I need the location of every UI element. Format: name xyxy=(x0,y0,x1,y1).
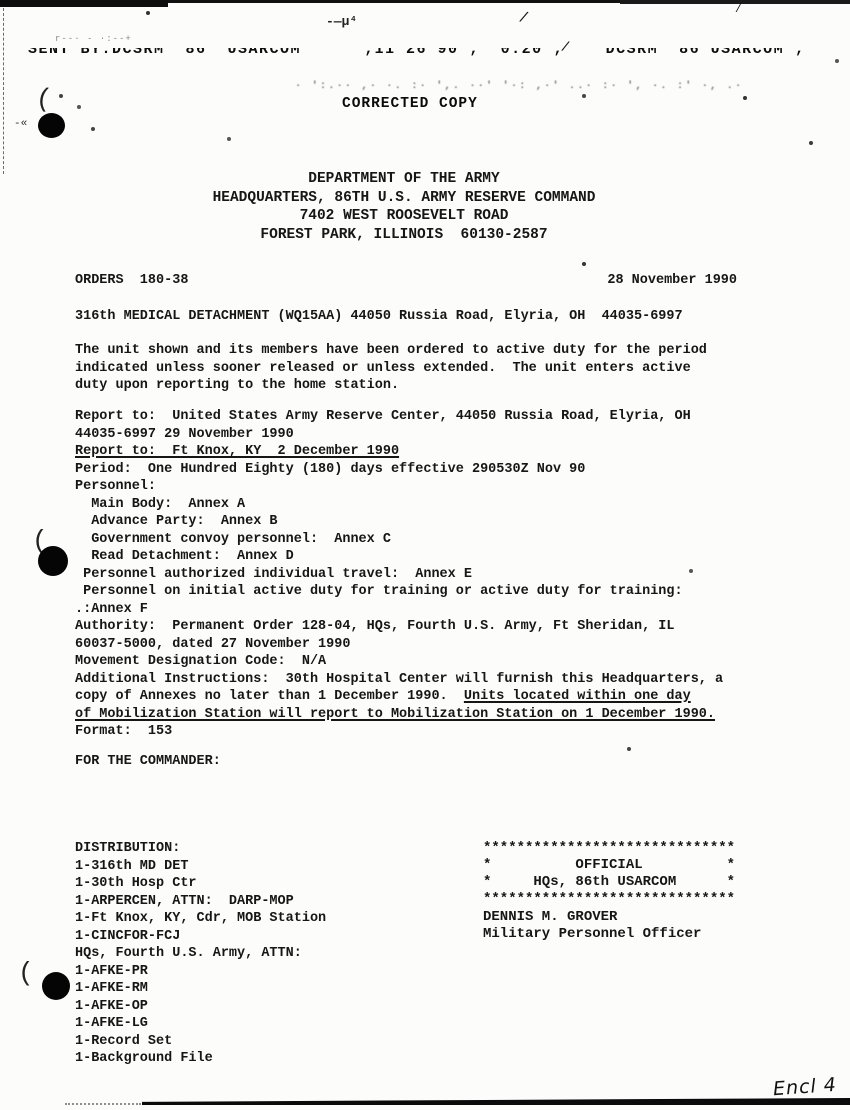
bottom-scan-line xyxy=(142,1098,850,1105)
order-detail-line: Period: One Hundred Eighty (180) days ef… xyxy=(75,461,723,479)
intro-line: The unit shown and its members have been… xyxy=(75,342,707,360)
scan-artifact-slash: / xyxy=(517,9,529,28)
orders-header-row: ORDERS 180-38 28 November 1990 xyxy=(75,272,737,290)
hole-punch-dot xyxy=(42,972,70,1000)
scan-artifact-tick: -« xyxy=(14,118,27,130)
distribution-item: 1-AFKE-RM xyxy=(75,980,326,998)
distribution-item: 1-Record Set xyxy=(75,1033,326,1051)
order-detail-line: of Mobilization Station will report to M… xyxy=(75,706,723,724)
distribution-item: 1-CINCFOR-FCJ xyxy=(75,928,326,946)
orders-number: ORDERS 180-38 xyxy=(75,272,188,290)
order-detail-line: Report to: Ft Knox, KY 2 December 1990 xyxy=(75,443,723,461)
scan-noise-specks xyxy=(0,0,2,2)
fax-transmission-header: SENT BY:DCSRM 86 USARCOM ;11 26 90 ; 0:2… xyxy=(28,48,828,59)
distribution-item: 1-Background File xyxy=(75,1050,326,1068)
order-detail-line: Personnel: xyxy=(75,478,723,496)
official-stamp-line: ****************************** xyxy=(483,891,735,908)
handwritten-enclosure-note: Encl 4 xyxy=(772,1074,837,1100)
order-detail-line: 60037-5000, dated 27 November 1990 xyxy=(75,636,723,654)
signature-title: Military Personnel Officer xyxy=(483,926,735,943)
official-stamp-block: ******************************* OFFICIAL… xyxy=(483,840,735,943)
letterhead-headquarters: HEADQUARTERS, 86TH U.S. ARMY RESERVE COM… xyxy=(0,189,808,208)
intro-paragraph: The unit shown and its members have been… xyxy=(75,342,707,395)
hole-punch-dot xyxy=(38,546,68,576)
for-the-commander-line: FOR THE COMMANDER: xyxy=(75,753,221,771)
corrected-copy-stamp: CORRECTED COPY xyxy=(342,96,478,114)
hole-punch-dot xyxy=(38,113,65,138)
distribution-item: 1-AFKE-OP xyxy=(75,998,326,1016)
top-scan-bar-left xyxy=(0,0,168,7)
order-detail-line: Movement Designation Code: N/A xyxy=(75,653,723,671)
distribution-item: 1-316th MD DET xyxy=(75,858,326,876)
scan-artifact-squiggle: -—µ⁴ xyxy=(326,14,357,29)
fax-header-text: SENT BY:DCSRM 86 USARCOM ;11 26 90 ; 0:2… xyxy=(28,48,828,59)
distribution-item: 1-AFKE-PR xyxy=(75,963,326,981)
intro-line: indicated unless sooner released or unle… xyxy=(75,360,707,378)
order-detail-line: 44035-6997 29 November 1990 xyxy=(75,426,723,444)
order-detail-line: Government convoy personnel: Annex C xyxy=(75,531,723,549)
letterhead-street: 7402 WEST ROOSEVELT ROAD xyxy=(0,207,808,226)
pen-paren-mark: ( xyxy=(34,85,53,113)
order-detail-line: Advance Party: Annex B xyxy=(75,513,723,531)
letterhead: DEPARTMENT OF THE ARMY HEADQUARTERS, 86T… xyxy=(0,170,808,244)
distribution-item: 1-ARPERCEN, ATTN: DARP-MOP xyxy=(75,893,326,911)
official-stamp-line: ****************************** xyxy=(483,840,735,857)
distribution-block: DISTRIBUTION: 1-316th MD DET1-30th Hosp … xyxy=(75,840,326,1068)
order-detail-line: Authority: Permanent Order 128-04, HQs, … xyxy=(75,618,723,636)
smudged-text-line: · ':.·· ,· ·. :· ',. ··' '·: ,·' ..· :· … xyxy=(295,80,705,92)
distribution-item: 1-30th Hosp Ctr xyxy=(75,875,326,893)
order-detail-line: .:Annex F xyxy=(75,601,723,619)
official-stamp-line: * HQs, 86th USARCOM * xyxy=(483,874,735,891)
order-detail-line: Read Detachment: Annex D xyxy=(75,548,723,566)
scan-artifact-slash: / xyxy=(735,4,742,16)
signature-name: DENNIS M. GROVER xyxy=(483,909,735,926)
official-stamp-line: * OFFICIAL * xyxy=(483,857,735,874)
order-detail-line: Personnel authorized individual travel: … xyxy=(75,566,723,584)
pen-paren-mark: ( xyxy=(18,960,34,986)
distribution-item: 1-AFKE-LG xyxy=(75,1015,326,1033)
faded-scan-marks: r--· - ·:--+ xyxy=(55,34,132,44)
order-detail-line: Personnel on initial active duty for tra… xyxy=(75,583,723,601)
left-edge-scan-line xyxy=(3,8,4,174)
intro-line: duty upon reporting to the home station. xyxy=(75,377,707,395)
order-details-block: Report to: United States Army Reserve Ce… xyxy=(75,408,723,741)
order-detail-line: Additional Instructions: 30th Hospital C… xyxy=(75,671,723,689)
distribution-item: HQs, Fourth U.S. Army, ATTN: xyxy=(75,945,326,963)
order-detail-line: Main Body: Annex A xyxy=(75,496,723,514)
bottom-scan-dots xyxy=(65,1103,141,1105)
unit-address-line: 316th MEDICAL DETACHMENT (WQ15AA) 44050 … xyxy=(75,308,683,326)
order-detail-line: copy of Annexes no later than 1 December… xyxy=(75,688,723,706)
letterhead-city: FOREST PARK, ILLINOIS 60130-2587 xyxy=(0,226,808,245)
official-stamp-box: ******************************* OFFICIAL… xyxy=(483,840,735,908)
order-date: 28 November 1990 xyxy=(607,272,737,290)
distribution-item: 1-Ft Knox, KY, Cdr, MOB Station xyxy=(75,910,326,928)
order-detail-line: Report to: United States Army Reserve Ce… xyxy=(75,408,723,426)
order-detail-line: Format: 153 xyxy=(75,723,723,741)
scanned-orders-document: SENT BY:DCSRM 86 USARCOM ;11 26 90 ; 0:2… xyxy=(0,0,850,1110)
distribution-list: 1-316th MD DET1-30th Hosp Ctr1-ARPERCEN,… xyxy=(75,858,326,1068)
letterhead-department: DEPARTMENT OF THE ARMY xyxy=(0,170,808,189)
distribution-title: DISTRIBUTION: xyxy=(75,840,326,858)
